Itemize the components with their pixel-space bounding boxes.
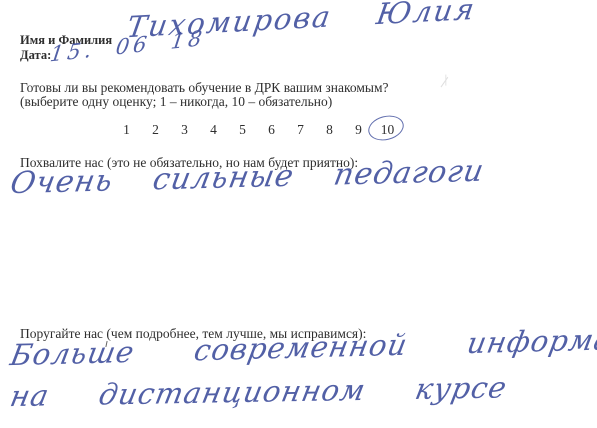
ink-circle-mark [366,112,407,144]
rating-option-3: 3 [170,122,199,138]
rating-option-7: 7 [286,122,315,138]
rating-option-2: 2 [141,122,170,138]
rating-scale: 1 2 3 4 5 6 7 8 9 10 [112,122,402,138]
question-text-line1: Готовы ли вы рекомендовать обучение в ДР… [20,81,388,95]
rating-option-6: 6 [257,122,286,138]
question-text-line2: (выберите одну оценку; 1 – никогда, 10 –… [20,95,332,109]
date-label: Дата: [20,48,51,62]
scan-smudge [441,77,457,93]
rating-option-5: 5 [228,122,257,138]
rating-option-1: 1 [112,122,141,138]
handwritten-critique-line2: на дистанционном курсе [7,370,510,413]
rating-option-8: 8 [315,122,344,138]
scanned-feedback-form: Имя и Фамилия Дата: Тихомирова Юлия 15. … [0,0,597,428]
rating-option-4: 4 [199,122,228,138]
rating-option-10-selected: 10 [373,122,402,138]
